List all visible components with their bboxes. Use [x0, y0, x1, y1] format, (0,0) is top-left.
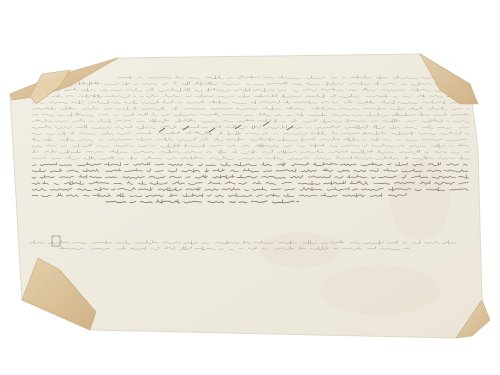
parchment-photo — [0, 0, 500, 375]
parchment-illustration — [0, 0, 500, 375]
